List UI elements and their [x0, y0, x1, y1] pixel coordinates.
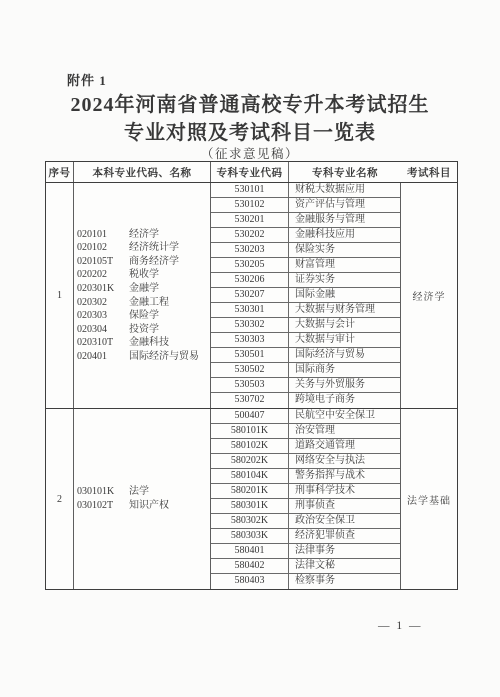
college-code: 530201	[211, 213, 289, 227]
table-row: 530205财富管理	[211, 258, 400, 273]
header-college-code: 专科专业代码	[211, 162, 289, 182]
college-code: 530501	[211, 348, 289, 362]
college-name: 网络安全与执法	[289, 454, 400, 468]
college-name: 民航空中安全保卫	[289, 409, 400, 423]
college-name: 国际经济与贸易	[289, 348, 400, 362]
table-row: 580303K经济犯罪侦查	[211, 529, 400, 544]
college-code: 580303K	[211, 529, 289, 543]
college-name: 跨境电子商务	[289, 393, 400, 408]
table-row: 530101财税大数据应用	[211, 183, 400, 198]
undergrad-code: 020301K	[77, 282, 129, 296]
undergrad-name: 国际经济与贸易	[129, 350, 199, 364]
undergrad-majors-cell: 020101经济学020102经济统计学020105T商务经济学020202税收…	[74, 183, 211, 408]
college-major-rows: 500407民航空中安全保卫580101K治安管理580102K道路交通管理58…	[211, 409, 401, 589]
undergrad-majors-cell: 030101K法学030102T知识产权	[74, 409, 211, 589]
undergrad-name: 税收学	[129, 268, 159, 282]
undergrad-name: 金融科技	[129, 336, 169, 350]
college-name: 证券实务	[289, 273, 400, 287]
undergrad-major: 020301K金融学	[77, 282, 210, 296]
table-row: 530702跨境电子商务	[211, 393, 400, 408]
college-name: 保险实务	[289, 243, 400, 257]
undergrad-major: 020303保险学	[77, 309, 210, 323]
college-name: 大数据与审计	[289, 333, 400, 347]
attachment-label: 附件 1	[67, 70, 107, 89]
college-code: 530503	[211, 378, 289, 392]
college-name: 道路交通管理	[289, 439, 400, 453]
college-name: 国际商务	[289, 363, 400, 377]
undergrad-code: 030102T	[77, 499, 129, 513]
college-name: 国际金融	[289, 288, 400, 302]
table-row: 530502国际商务	[211, 363, 400, 378]
college-name: 法律文秘	[289, 559, 400, 573]
majors-comparison-table: 序号 本科专业代码、名称 专科专业代码 专科专业名称 考试科目 1 020101…	[45, 161, 458, 590]
undergrad-major: 020202税收学	[77, 268, 210, 282]
undergrad-name: 保险学	[129, 309, 159, 323]
college-code: 530202	[211, 228, 289, 242]
college-code: 530302	[211, 318, 289, 332]
college-code: 530102	[211, 198, 289, 212]
table-row: 530302大数据与会计	[211, 318, 400, 333]
undergrad-code: 020304	[77, 323, 129, 337]
college-code: 530303	[211, 333, 289, 347]
exam-subject-cell: 法学基础	[401, 409, 457, 589]
table-body: 1 020101经济学020102经济统计学020105T商务经济学020202…	[46, 183, 457, 589]
undergrad-major: 030101K法学	[77, 485, 210, 499]
college-name: 刑事科学技术	[289, 484, 400, 498]
undergrad-name: 经济统计学	[129, 241, 179, 255]
college-major-rows: 530101财税大数据应用530102资产评估与管理530201金融服务与管理5…	[211, 183, 401, 408]
undergrad-major: 020102经济统计学	[77, 241, 210, 255]
college-code: 500407	[211, 409, 289, 423]
college-code: 580104K	[211, 469, 289, 483]
undergrad-major: 020101经济学	[77, 228, 210, 242]
table-row: 580102K道路交通管理	[211, 439, 400, 454]
table-row: 530503关务与外贸服务	[211, 378, 400, 393]
table-row: 580202K网络安全与执法	[211, 454, 400, 469]
college-code: 580201K	[211, 484, 289, 498]
college-code: 530206	[211, 273, 289, 287]
college-name: 政治安全保卫	[289, 514, 400, 528]
college-code: 530301	[211, 303, 289, 317]
college-code: 580401	[211, 544, 289, 558]
college-name: 金融服务与管理	[289, 213, 400, 227]
college-name: 资产评估与管理	[289, 198, 400, 212]
table-row: 580402法律文秘	[211, 559, 400, 574]
undergrad-major: 030102T知识产权	[77, 499, 210, 513]
table-row: 580201K刑事科学技术	[211, 484, 400, 499]
college-code: 580301K	[211, 499, 289, 513]
undergrad-code: 020302	[77, 296, 129, 310]
document-page: 附件 1 2024年河南省普通高校专升本考试招生 专业对照及考试科目一览表 （征…	[0, 0, 500, 697]
table-row: 580104K警务指挥与战术	[211, 469, 400, 484]
header-college-name: 专科专业名称	[289, 162, 401, 182]
college-name: 大数据与会计	[289, 318, 400, 332]
undergrad-name: 商务经济学	[129, 255, 179, 269]
table-row: 530207国际金融	[211, 288, 400, 303]
undergrad-major: 020310T金融科技	[77, 336, 210, 350]
table-row: 530202金融科技应用	[211, 228, 400, 243]
college-name: 大数据与财务管理	[289, 303, 400, 317]
college-name: 财富管理	[289, 258, 400, 272]
table-section: 1 020101经济学020102经济统计学020105T商务经济学020202…	[46, 183, 457, 409]
undergrad-name: 经济学	[129, 228, 159, 242]
undergrad-name: 金融工程	[129, 296, 169, 310]
undergrad-name: 投资学	[129, 323, 159, 337]
college-name: 刑事侦查	[289, 499, 400, 513]
table-row: 580401法律事务	[211, 544, 400, 559]
page-number: — 1 —	[378, 620, 423, 632]
college-code: 580302K	[211, 514, 289, 528]
undergrad-code: 020102	[77, 241, 129, 255]
college-code: 580202K	[211, 454, 289, 468]
table-row: 580301K刑事侦查	[211, 499, 400, 514]
college-code: 530205	[211, 258, 289, 272]
document-title-line1: 2024年河南省普通高校专升本考试招生	[0, 88, 500, 117]
college-code: 530702	[211, 393, 289, 408]
table-row: 530201金融服务与管理	[211, 213, 400, 228]
table-row: 580302K政治安全保卫	[211, 514, 400, 529]
undergrad-major: 020105T商务经济学	[77, 255, 210, 269]
undergrad-code: 020101	[77, 228, 129, 242]
college-name: 经济犯罪侦查	[289, 529, 400, 543]
college-name: 检察事务	[289, 574, 400, 589]
college-name: 治安管理	[289, 424, 400, 438]
undergrad-major: 020302金融工程	[77, 296, 210, 310]
college-code: 530101	[211, 183, 289, 197]
college-name: 财税大数据应用	[289, 183, 400, 197]
table-row: 530303大数据与审计	[211, 333, 400, 348]
section-seq: 2	[46, 409, 74, 589]
table-section: 2 030101K法学030102T知识产权 500407民航空中安全保卫580…	[46, 409, 457, 589]
table-row: 580101K治安管理	[211, 424, 400, 439]
college-name: 关务与外贸服务	[289, 378, 400, 392]
undergrad-code: 020105T	[77, 255, 129, 269]
table-row: 530301大数据与财务管理	[211, 303, 400, 318]
undergrad-name: 金融学	[129, 282, 159, 296]
undergrad-code: 020202	[77, 268, 129, 282]
table-row: 530501国际经济与贸易	[211, 348, 400, 363]
college-code: 580402	[211, 559, 289, 573]
header-seq: 序号	[46, 162, 74, 182]
college-code: 580101K	[211, 424, 289, 438]
table-row: 580403检察事务	[211, 574, 400, 589]
document-subtitle: （征求意见稿）	[0, 144, 500, 162]
table-row: 500407民航空中安全保卫	[211, 409, 400, 424]
table-header-row: 序号 本科专业代码、名称 专科专业代码 专科专业名称 考试科目	[46, 162, 457, 183]
college-name: 法律事务	[289, 544, 400, 558]
header-undergrad: 本科专业代码、名称	[74, 162, 211, 182]
college-name: 警务指挥与战术	[289, 469, 400, 483]
table-row: 530206证券实务	[211, 273, 400, 288]
table-row: 530203保险实务	[211, 243, 400, 258]
college-code: 530203	[211, 243, 289, 257]
header-exam-subject: 考试科目	[401, 162, 457, 182]
college-code: 530502	[211, 363, 289, 377]
undergrad-major: 020304投资学	[77, 323, 210, 337]
college-code: 530207	[211, 288, 289, 302]
document-title-line2: 专业对照及考试科目一览表	[0, 116, 500, 145]
undergrad-major: 020401国际经济与贸易	[77, 350, 210, 364]
undergrad-name: 知识产权	[129, 499, 169, 513]
undergrad-code: 020401	[77, 350, 129, 364]
exam-subject-cell: 经济学	[401, 183, 457, 408]
undergrad-code: 020310T	[77, 336, 129, 350]
undergrad-name: 法学	[129, 485, 149, 499]
section-seq: 1	[46, 183, 74, 408]
college-code: 580102K	[211, 439, 289, 453]
college-name: 金融科技应用	[289, 228, 400, 242]
college-code: 580403	[211, 574, 289, 589]
undergrad-code: 030101K	[77, 485, 129, 499]
table-row: 530102资产评估与管理	[211, 198, 400, 213]
undergrad-code: 020303	[77, 309, 129, 323]
